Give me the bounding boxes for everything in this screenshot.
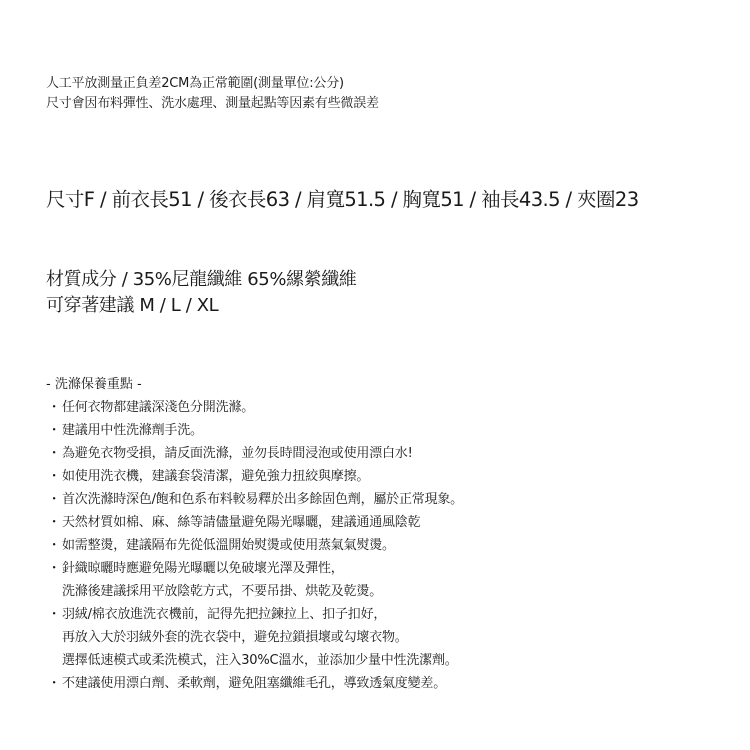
bullet-dot: ・: [46, 603, 62, 626]
care-item-text: 任何衣物都建議深淺色分開洗滌。: [62, 400, 254, 415]
size-measurements: 尺寸F / 前衣長51 / 後衣長63 / 肩寬51.5 / 胸寬51 / 袖長…: [46, 185, 639, 215]
care-item-text: 天然材質如棉、麻、絲等請儘量避免陽光曝曬，建議通通風陰乾: [62, 515, 420, 530]
care-item-continuation: 再放入大於羽絨外套的洗衣袋中，避免拉鎖損壞或勾壞衣物。: [46, 626, 463, 649]
care-title: - 洗滌保養重點 -: [46, 373, 463, 396]
bullet-dot: ・: [46, 442, 62, 465]
care-item: ・天然材質如棉、麻、絲等請儘量避免陽光曝曬，建議通通風陰乾: [46, 511, 463, 534]
measurement-variance-note: 尺寸會因布料彈性、洗水處理、測量起點等因素有些微誤差: [46, 94, 379, 114]
care-item: ・不建議使用漂白劑、柔軟劑，避免阻塞纖維毛孔，導致透氣度變差。: [46, 672, 463, 695]
care-item-text: 建議用中性洗滌劑手洗。: [62, 423, 203, 438]
care-item: ・任何衣物都建議深淺色分開洗滌。: [46, 396, 463, 419]
bullet-dot: ・: [46, 557, 62, 580]
care-instructions: - 洗滌保養重點 - ・任何衣物都建議深淺色分開洗滌。 ・建議用中性洗滌劑手洗。…: [46, 373, 463, 695]
care-item: ・建議用中性洗滌劑手洗。: [46, 419, 463, 442]
care-item: ・羽絨/棉衣放進洗衣機前，記得先把拉鍊拉上、扣子扣好，: [46, 603, 463, 626]
recommended-sizes: 可穿著建議 M / L / XL: [46, 293, 356, 319]
care-item-text: 如需整燙，建議隔布先從低溫開始熨燙或使用蒸氣氣熨燙。: [62, 538, 395, 553]
bullet-dot: ・: [46, 465, 62, 488]
bullet-dot: ・: [46, 396, 62, 419]
care-item-text: 洗滌後建議採用平放陰乾方式，不要吊掛、烘乾及乾燙。: [62, 584, 382, 599]
care-item-text: 如使用洗衣機，建議套袋清潔，避免強力扭絞與摩擦。: [62, 469, 369, 484]
bullet-dot: ・: [46, 534, 62, 557]
care-list: ・任何衣物都建議深淺色分開洗滌。 ・建議用中性洗滌劑手洗。 ・為避免衣物受損，請…: [46, 396, 463, 695]
care-item-text: 針織晾曬時應避免陽光曝曬以免破壞光澤及彈性，: [62, 561, 344, 576]
care-item: ・如使用洗衣機，建議套袋清潔，避免強力扭絞與摩擦。: [46, 465, 463, 488]
size-info: 尺寸F / 前衣長51 / 後衣長63 / 肩寬51.5 / 胸寬51 / 袖長…: [46, 185, 639, 215]
care-item-text: 不建議使用漂白劑、柔軟劑，避免阻塞纖維毛孔，導致透氣度變差。: [62, 676, 446, 691]
care-item-text: 羽絨/棉衣放進洗衣機前，記得先把拉鍊拉上、扣子扣好，: [62, 607, 386, 622]
care-item-continuation: 洗滌後建議採用平放陰乾方式，不要吊掛、烘乾及乾燙。: [46, 580, 463, 603]
measurement-tolerance-note: 人工平放測量正負差2CM為正常範圍(測量單位:公分): [46, 74, 379, 94]
care-item: ・針織晾曬時應避免陽光曝曬以免破壞光澤及彈性，: [46, 557, 463, 580]
care-item: ・如需整燙，建議隔布先從低溫開始熨燙或使用蒸氣氣熨燙。: [46, 534, 463, 557]
bullet-dot: ・: [46, 488, 62, 511]
bullet-dot: ・: [46, 672, 62, 695]
care-item-text: 為避免衣物受損，請反面洗滌，並勿長時間浸泡或使用漂白水!: [62, 446, 413, 461]
care-item-continuation: 選擇低速模式或柔洗模式，注入30%C溫水，並添加少量中性洗潔劑。: [46, 649, 463, 672]
bullet-dot: ・: [46, 419, 62, 442]
bullet-dot: ・: [46, 511, 62, 534]
care-item-text: 首次洗滌時深色/飽和色系布料較易釋於出多餘固色劑，屬於正常現象。: [62, 492, 463, 507]
care-item-text: 選擇低速模式或柔洗模式，注入30%C溫水，並添加少量中性洗潔劑。: [62, 653, 458, 668]
material-info: 材質成分 / 35%尼龍纖維 65%縲縈纖維 可穿著建議 M / L / XL: [46, 267, 356, 319]
material-composition: 材質成分 / 35%尼龍纖維 65%縲縈纖維: [46, 267, 356, 293]
care-item: ・首次洗滌時深色/飽和色系布料較易釋於出多餘固色劑，屬於正常現象。: [46, 488, 463, 511]
care-item: ・為避免衣物受損，請反面洗滌，並勿長時間浸泡或使用漂白水!: [46, 442, 463, 465]
measurement-notes: 人工平放測量正負差2CM為正常範圍(測量單位:公分) 尺寸會因布料彈性、洗水處理…: [46, 74, 379, 114]
care-item-text: 再放入大於羽絨外套的洗衣袋中，避免拉鎖損壞或勾壞衣物。: [62, 630, 408, 645]
